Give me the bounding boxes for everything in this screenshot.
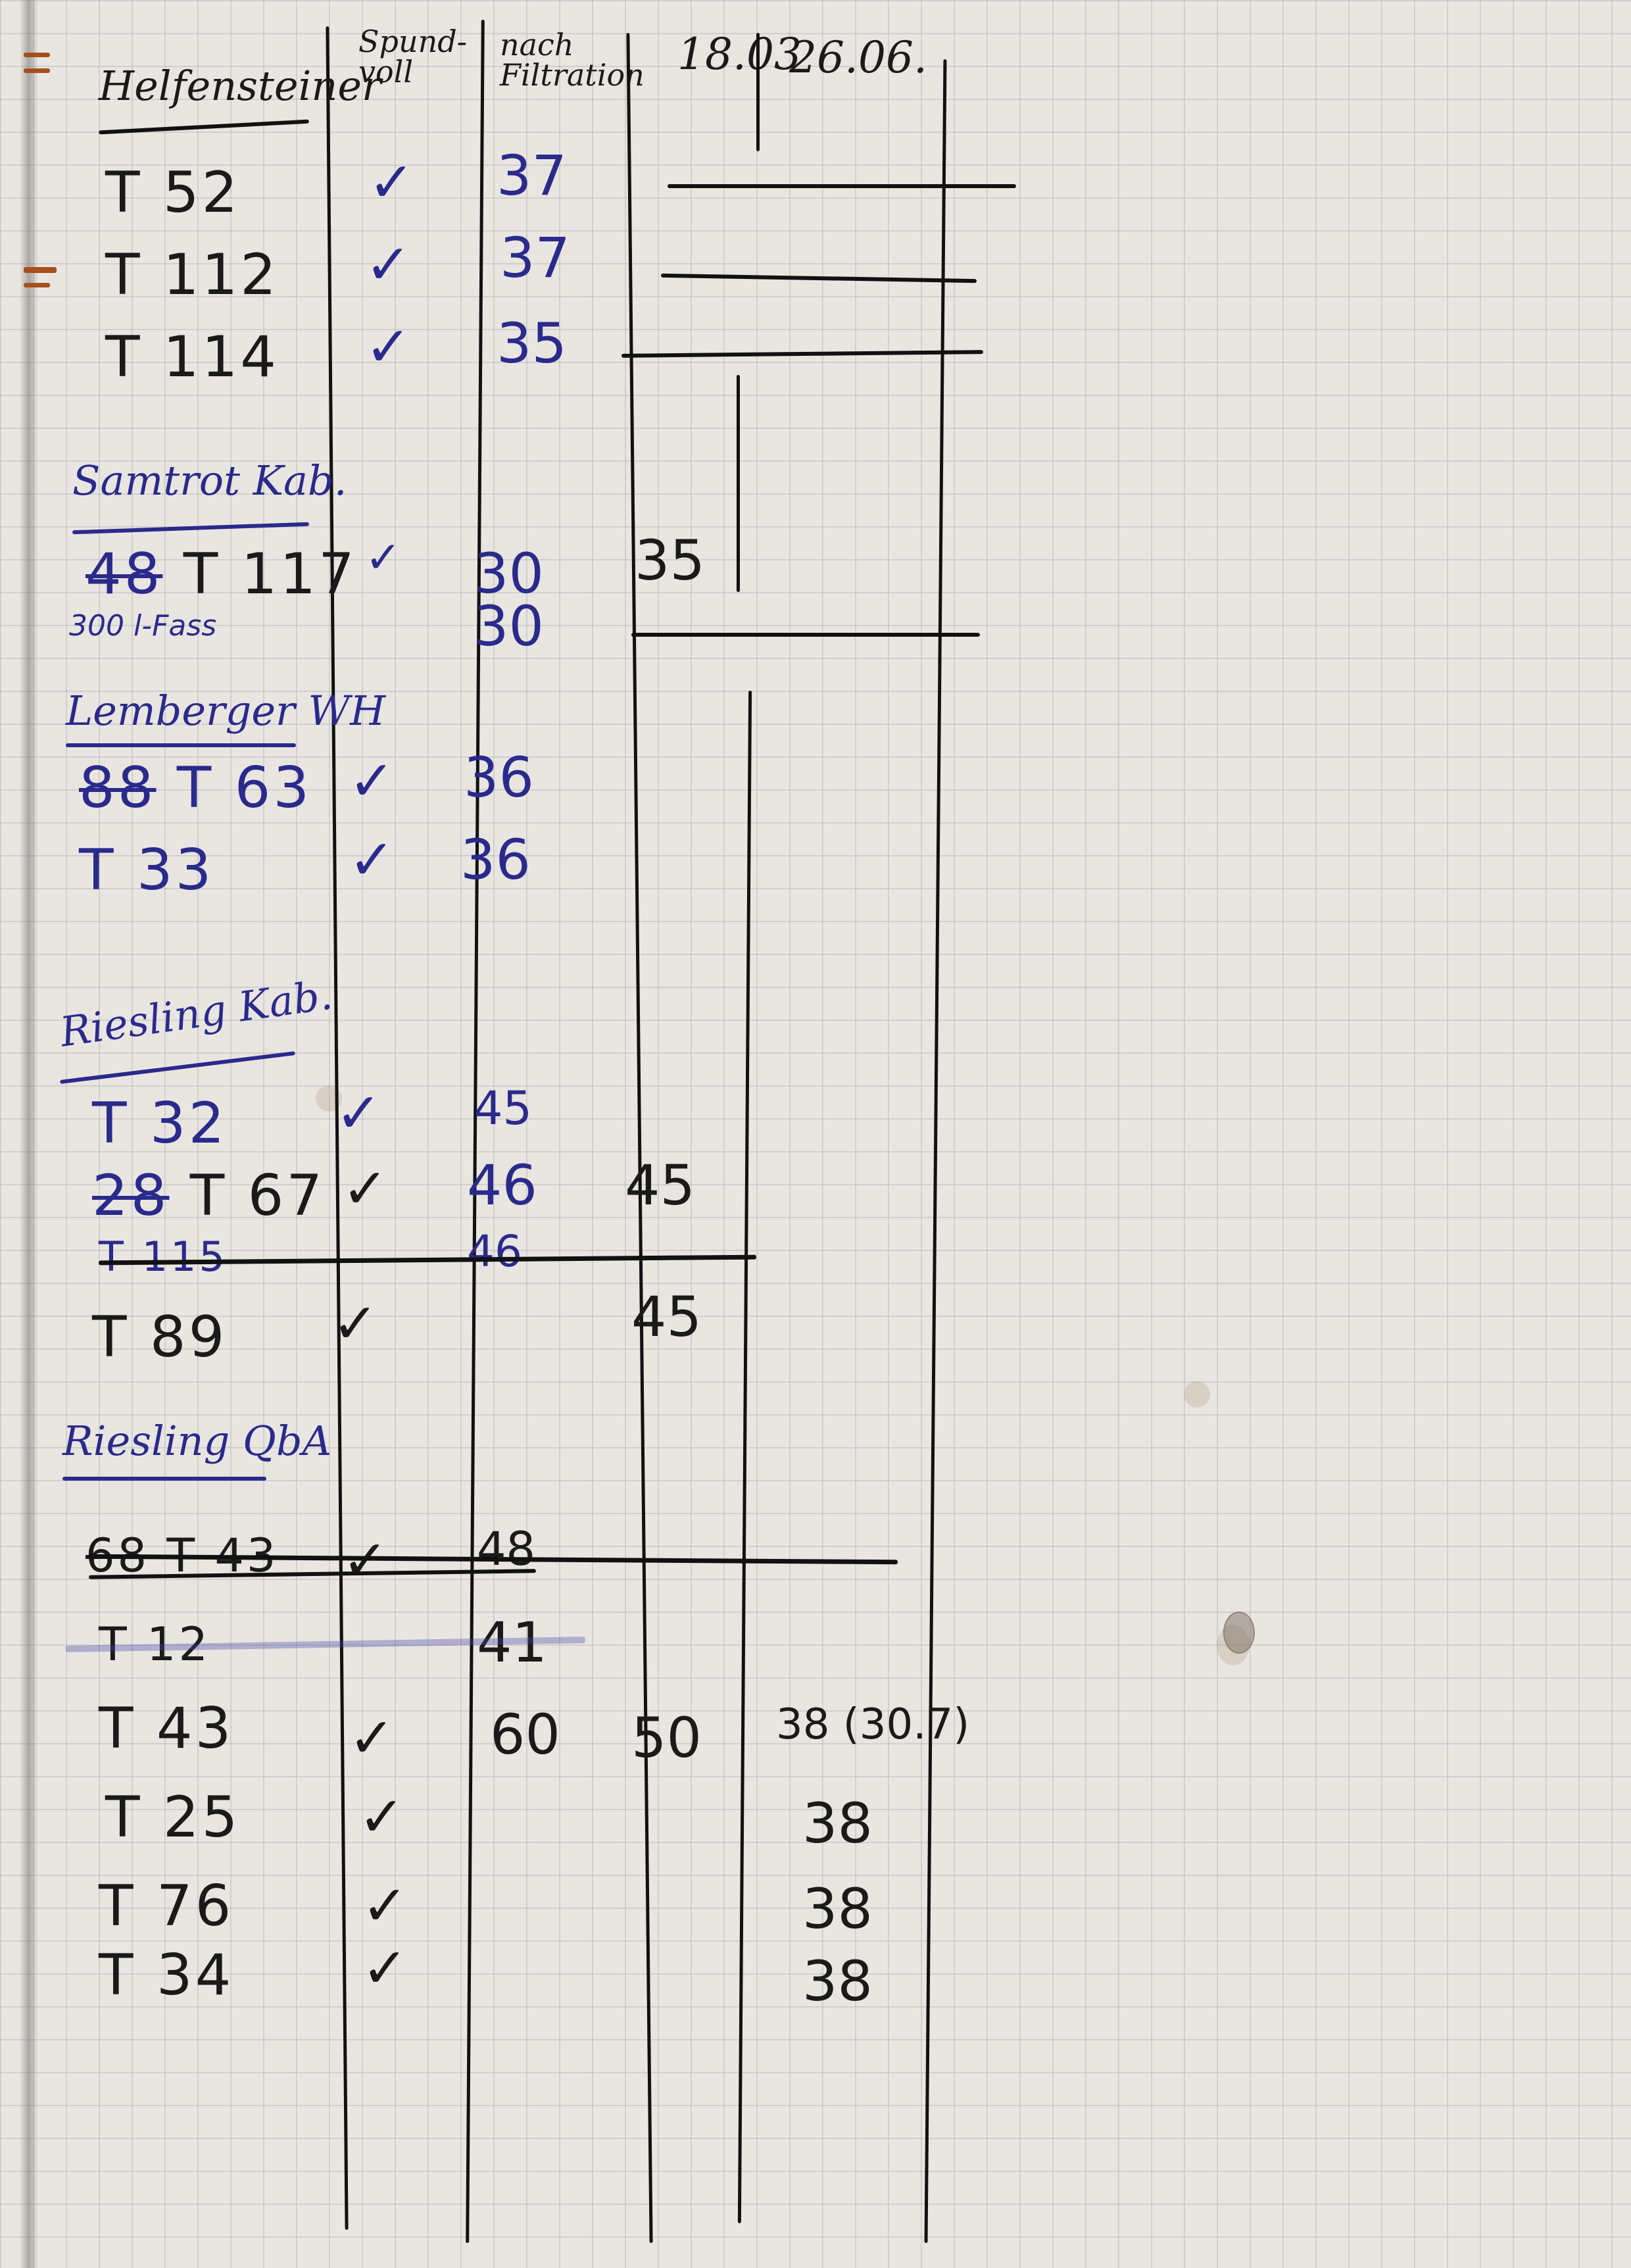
tank-label: T 43 [99, 1700, 233, 1757]
filtration-value: 30 [474, 599, 544, 654]
filtration-value: 45 [474, 1085, 532, 1131]
filtration-value: 36 [460, 832, 531, 887]
date2-value: 38 [802, 1881, 873, 1936]
dash-line [661, 274, 977, 283]
tank-label: T 114 [105, 329, 279, 385]
tank-label: 28 T 67 [92, 1168, 325, 1224]
group-underline [62, 1477, 266, 1481]
group-underline [66, 743, 296, 747]
date1-value: 45 [631, 1289, 702, 1344]
filtration-value: 37 [500, 230, 570, 285]
filtration-value: 46 [467, 1158, 537, 1213]
filtration-value: 60 [490, 1707, 560, 1762]
tank-label: T 25 [105, 1789, 240, 1846]
staple-mark [24, 53, 50, 57]
column-rule [925, 59, 947, 2243]
group-title: Lemberger WH [66, 691, 385, 731]
header-nach-filtration: nach Filtration [500, 30, 618, 90]
tank-label: 300 l-Fass [69, 612, 216, 641]
staple-mark [24, 283, 50, 287]
dash-line [668, 184, 1016, 188]
date1-value: 50 [631, 1710, 702, 1765]
column-rule [737, 375, 740, 592]
spundvoll-check: ✓ [335, 1085, 381, 1141]
tank-label: T 52 [105, 164, 240, 221]
column-rule [626, 33, 652, 2243]
group-underline [60, 1051, 295, 1084]
header-date-1: 18.03 [677, 33, 802, 76]
date2-value: 38 [802, 1796, 873, 1851]
tank-label: T 32 [92, 1095, 227, 1152]
tank-label: T 33 [79, 842, 214, 899]
date1-value: 45 [625, 1158, 695, 1213]
column-rule [756, 33, 760, 151]
filtration-value: 46 [467, 1230, 522, 1273]
tank-label: T 34 [99, 1947, 233, 2004]
group-underline [72, 522, 309, 535]
crossed-out-number: 28 [92, 1163, 169, 1229]
spundvoll-check: ✓ [349, 753, 395, 808]
header-date-2: 26.06. [789, 36, 927, 80]
filtration-value: 48 [477, 1526, 535, 1572]
spundvoll-check: ✓ [362, 1878, 408, 1933]
staple-mark [24, 68, 50, 73]
group-title: Riesling QbA [62, 1421, 331, 1462]
crossed-out-number: 88 [79, 755, 156, 821]
crossed-out-number: 48 [85, 541, 162, 607]
stain [1184, 1381, 1210, 1408]
tank-label: T 76 [99, 1878, 233, 1935]
spundvoll-check: ✓ [368, 155, 414, 210]
spundvoll-check: ✓ [332, 1296, 378, 1351]
staple-mark [24, 267, 57, 273]
spundvoll-check: ✓ [342, 1161, 388, 1216]
spundvoll-check: ✓ [365, 319, 411, 374]
spundvoll-check: ✓ [349, 832, 395, 887]
group-title: Riesling Kab. [58, 974, 335, 1052]
column-rule [738, 691, 752, 2223]
spundvoll-check: ✓ [365, 536, 401, 579]
group-title: Samtrot Kab. [72, 460, 347, 501]
tank-label: 88 T 63 [79, 760, 312, 816]
stain [1223, 1612, 1255, 1654]
tank-label: T 89 [92, 1309, 227, 1366]
tank-label: 48 T 117 [85, 546, 357, 603]
spundvoll-check: ✓ [349, 1710, 395, 1765]
group-title: Helfensteiner [99, 66, 381, 107]
date1-value: 35 [635, 533, 705, 588]
filtration-value: 36 [464, 750, 534, 805]
dash-line [621, 350, 983, 358]
tank-label: T 112 [105, 247, 279, 303]
spundvoll-check: ✓ [362, 1940, 408, 1996]
tank-label-struck: T 115 [99, 1237, 228, 1277]
filtration-value: 35 [497, 316, 567, 371]
spundvoll-check: ✓ [365, 237, 411, 292]
date2-value: 38 [802, 1954, 873, 2009]
spundvoll-check: ✓ [358, 1789, 404, 1844]
filtration-value: 30 [474, 546, 544, 601]
group-underline [99, 120, 309, 135]
binding-fold [20, 0, 38, 2268]
dash-line [631, 633, 980, 637]
date2-value: 38 (30.7) [776, 1704, 969, 1746]
filtration-value: 37 [497, 148, 567, 203]
